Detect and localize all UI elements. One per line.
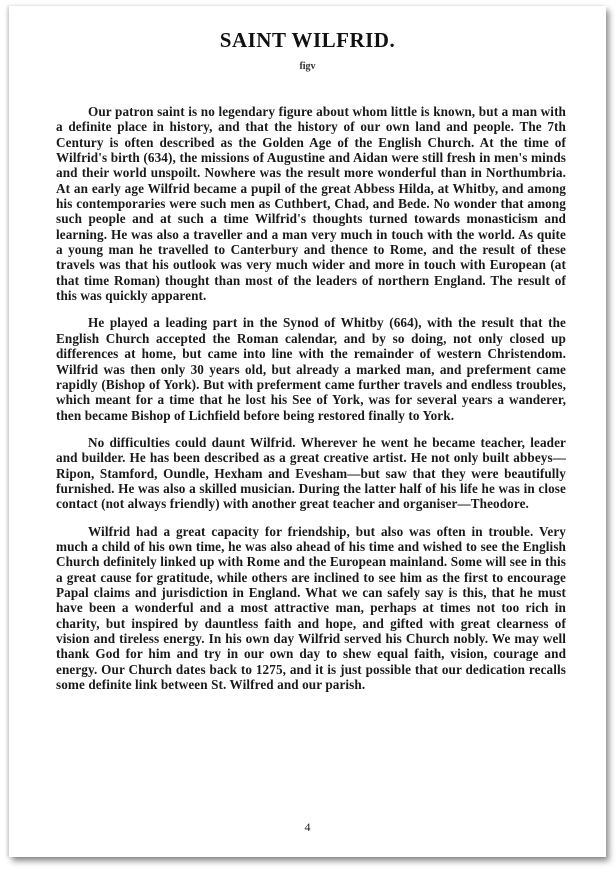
document-page: SAINT WILFRID. figv Our patron saint is … <box>9 6 606 857</box>
paragraph-2: He played a leading part in the Synod of… <box>56 315 566 422</box>
article-body: Our patron saint is no legendary figure … <box>56 104 566 704</box>
paragraph-1: Our patron saint is no legendary figure … <box>56 104 566 303</box>
page-number: 4 <box>9 820 606 835</box>
title-ornament: figv <box>9 61 606 72</box>
paragraph-4: Wilfrid had a great capacity for friends… <box>56 524 566 693</box>
paragraph-3: No difficulties could daunt Wilfrid. Whe… <box>56 435 566 512</box>
page-title: SAINT WILFRID. <box>9 28 606 53</box>
